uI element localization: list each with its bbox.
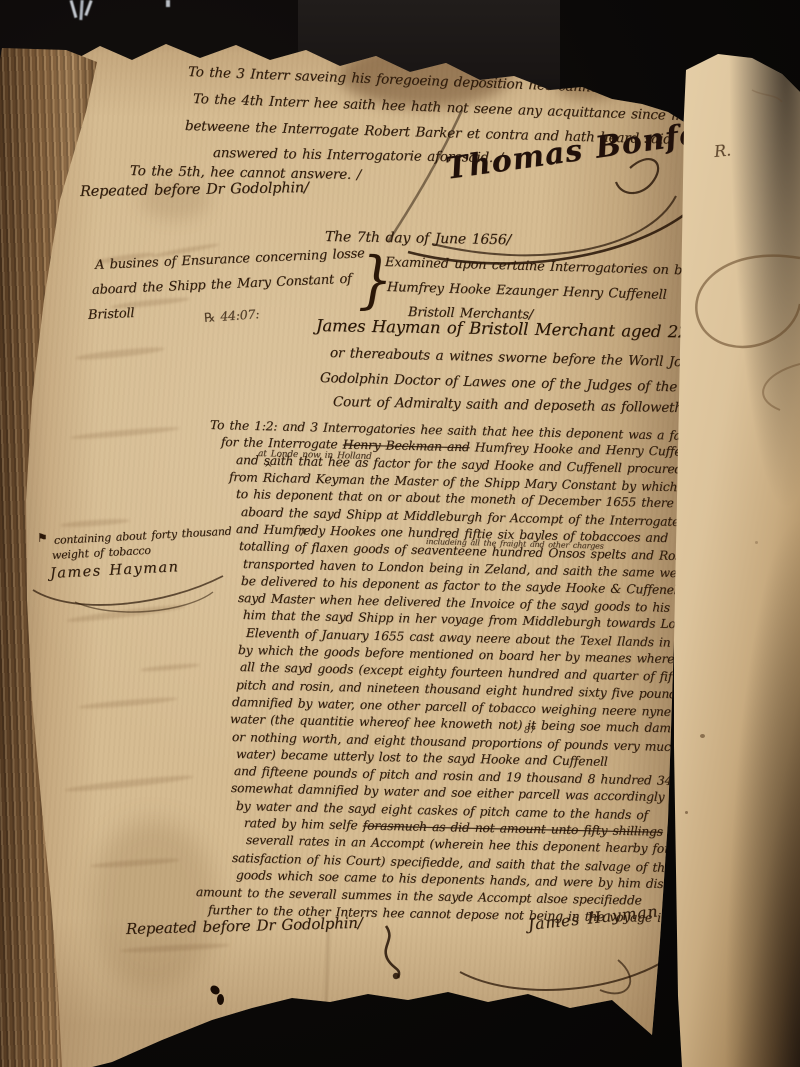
show-through-streak <box>70 425 180 441</box>
show-through-streak <box>64 773 194 794</box>
text-segment: rated by him selfe <box>244 816 363 832</box>
margin-reference-mark: ℞ <box>203 309 215 325</box>
bookmark-tassel <box>66 0 100 26</box>
deponent-opening-line: Godolphin Doctor of Lawes one of the Jud… <box>320 370 716 396</box>
ink-blot <box>217 994 224 1005</box>
show-through-streak <box>78 696 178 711</box>
margin-insertion-flag-icon: ⚑ <box>38 531 47 545</box>
margin-reference-value: 44:07: <box>220 306 260 324</box>
show-through-streak <box>60 518 130 529</box>
manuscript-page: To the 3 Interr saveing his foregoeing d… <box>0 0 692 1067</box>
notary-paraph <box>368 922 408 982</box>
tassel-thread <box>84 0 92 16</box>
cause-line: Bristoll <box>88 306 135 323</box>
text-segment: Humfrey Hooke and Henry Cuffenell <box>469 440 703 459</box>
show-through-streak <box>140 662 200 672</box>
foxing-speck <box>755 541 758 544</box>
interlineation: 87 <box>524 726 535 736</box>
margin-reference: ℞ 44:07: <box>203 306 259 325</box>
tassel-thread <box>79 0 83 20</box>
photograph-of-open-manuscript-book: R. To the 3 Interr saveing his foregoein… <box>0 0 800 1067</box>
deponent-opening-line: Court of Admiralty saith and deposeth as… <box>333 394 711 417</box>
paper-stain <box>88 820 218 990</box>
page-crease <box>325 930 330 1015</box>
margin-signature-flourish <box>15 548 245 628</box>
foxing-speck <box>700 734 705 738</box>
tassel-thread <box>166 0 170 7</box>
deponent-opening-line: or thereabouts a witnes sworne before th… <box>330 345 699 371</box>
date-line: The 7th day of June 1656/ <box>325 229 511 248</box>
foxing-speck <box>685 811 688 814</box>
deponent-signature-flourish <box>440 930 700 1010</box>
show-through-streak <box>75 345 165 361</box>
tassel-thread <box>70 0 78 18</box>
